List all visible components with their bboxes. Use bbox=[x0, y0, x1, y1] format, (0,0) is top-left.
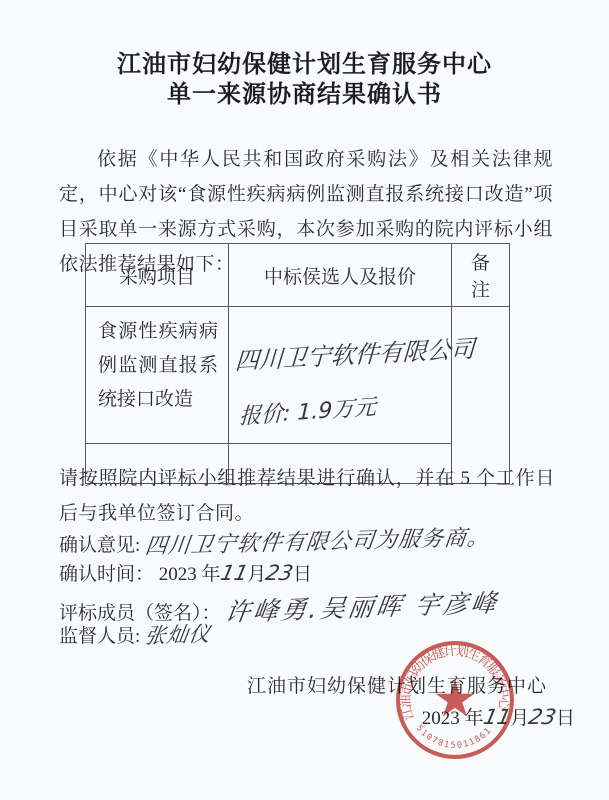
footer-date: 2023 年11月23日 bbox=[0, 703, 575, 730]
header-project: 采购项目 bbox=[86, 244, 229, 307]
supervisor-field: 监督人员: 张灿仪 bbox=[59, 619, 211, 649]
official-seal-stamp: 江油市妇幼保健计划生育服务中心 5107815011861 bbox=[394, 638, 516, 762]
title-line-1: 江油市妇幼保健计划生育服务中心 bbox=[0, 50, 609, 80]
table-row: 食源性疾病病例监测直报系统接口改造 四川卫宁软件有限公司 报价: 1.9万元 bbox=[86, 307, 510, 444]
supervisor-signature-handwritten: 张灿仪 bbox=[143, 618, 213, 650]
confirm-time-field: 确认时间： 2023 年11月23日 bbox=[59, 559, 312, 586]
header-winner: 中标侯选人及报价 bbox=[229, 244, 452, 307]
document-page: 江油市妇幼保健计划生育服务中心 单一来源协商结果确认书 依据《中华人民共和国政府… bbox=[0, 0, 609, 800]
footer-date-day-handwritten: 23 bbox=[527, 705, 559, 729]
time-year: 2023 年 bbox=[159, 564, 221, 585]
footer-date-day-unit: 日 bbox=[556, 708, 575, 729]
time-month-handwritten: 11 bbox=[218, 561, 250, 585]
header-remark: 备 注 bbox=[452, 244, 510, 307]
opinion-handwritten: 四川卫宁软件有限公司为服务商。 bbox=[144, 520, 492, 560]
time-label: 确认时间： bbox=[59, 564, 154, 585]
table-header-row: 采购项目 中标侯选人及报价 备 注 bbox=[86, 244, 510, 307]
title-line-2: 单一来源协商结果确认书 bbox=[0, 80, 609, 110]
footer-date-year: 2023 年 bbox=[422, 708, 484, 729]
opinion-label: 确认意见: bbox=[59, 535, 140, 556]
time-day-unit: 日 bbox=[293, 564, 312, 585]
project-cell: 食源性疾病病例监测直报系统接口改造 bbox=[86, 307, 229, 444]
price-handwritten: 报价: 1.9万元 bbox=[239, 390, 377, 431]
footer-org-name: 江油市妇幼保健计划生育服务中心 bbox=[0, 671, 547, 698]
evaluators-signatures-handwritten: 许峰勇.吴丽晖 宇彦峰 bbox=[223, 583, 502, 629]
supervisor-label: 监督人员: bbox=[59, 626, 140, 647]
opinion-field: 确认意见: 四川卫宁软件有限公司为服务商。 bbox=[59, 527, 490, 558]
winner-handwritten: 四川卫宁软件有限公司 bbox=[234, 329, 476, 377]
winner-cell: 四川卫宁软件有限公司 报价: 1.9万元 bbox=[229, 307, 452, 444]
time-day-handwritten: 23 bbox=[264, 561, 296, 585]
seal-ring bbox=[398, 643, 512, 757]
result-table: 采购项目 中标侯选人及报价 备 注 食源性疾病病例监测直报系统接口改造 四川卫宁… bbox=[85, 243, 510, 484]
document-title: 江油市妇幼保健计划生育服务中心 单一来源协商结果确认书 bbox=[0, 50, 609, 110]
footer-date-month-handwritten: 11 bbox=[481, 705, 513, 729]
